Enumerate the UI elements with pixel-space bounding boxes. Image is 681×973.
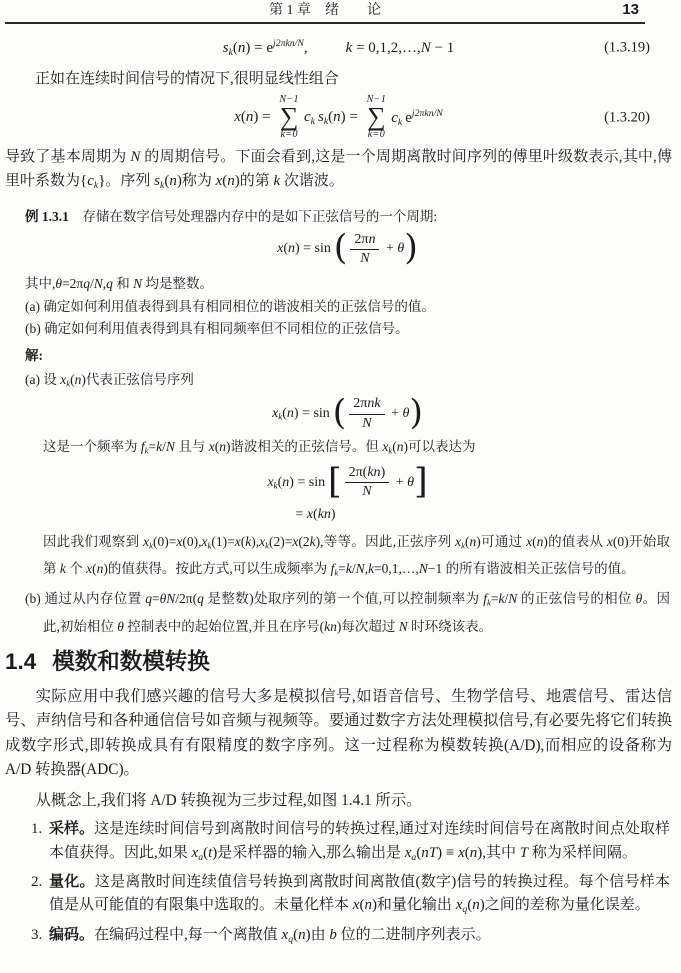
equation-lhs: x(n) =: [234, 109, 274, 126]
section-number: 1.4: [5, 649, 36, 675]
equation-condition: k = 0,1,2,…,N − 1: [346, 40, 455, 57]
list-number: 2.: [31, 871, 49, 922]
example-item-a: (a) 确定如何利用值表得到具有相同相位的谐波相关的正弦信号的值。: [25, 297, 670, 316]
chapter-title: 第 1 章 绪 论: [269, 3, 381, 18]
example-title-line: 例 1.3.1 存储在数字信号处理器内存中的是如下正弦信号的一个周期:: [25, 207, 670, 226]
ad-conversion-steps-list: 1. 采样。这是连续时间信号到离散时间信号的转换过程,通过对连续时间信号在离散时…: [5, 818, 672, 951]
fraction: 2πnk N: [349, 396, 384, 431]
equation-body: sk(n) = ej2πkn/N,: [223, 38, 308, 58]
paragraph-frequency: 这是一个频率为 fk=k/N 且与 x(n)谐波相关的正弦信号。但 xk(n)可…: [43, 437, 670, 461]
term-coding: 编码。: [49, 927, 94, 943]
solution-label: 解:: [25, 346, 670, 365]
equation-xk-sine: xk(n) = sin ( 2πnk N + θ ): [25, 394, 670, 434]
paragraph-linear-combination: 正如在连续时间信号的情况下,很明显线性组合: [5, 67, 672, 92]
summation-symbol: N−1 ∑ k=0: [367, 95, 387, 140]
page-number: 13: [622, 2, 639, 18]
equation-number: (1.3.19): [604, 40, 650, 57]
equation-mid: ck sk(n) =: [304, 109, 362, 127]
example-item-b: (b) 确定如何利用值表得到具有相同频率但不同相位的正弦信号。: [25, 319, 670, 338]
term-sampling: 采样。: [49, 821, 94, 837]
equation-1-3-19: sk(n) = ej2πkn/N, k = 0,1,2,…,N − 1 (1.3…: [5, 36, 672, 60]
section-title: 模数和数模转换: [52, 649, 210, 675]
example-intro: 存储在数字信号处理器内存中的是如下正弦信号的一个周期:: [82, 209, 437, 224]
term-quantization: 量化。: [49, 874, 95, 890]
list-item-coding: 3. 编码。在编码过程中,每一个离散值 xq(n)由 b 位的二进制序列表示。: [5, 924, 672, 951]
summation-symbol: N−1 ∑ k=0: [279, 95, 299, 140]
example-label: 例 1.3.1: [25, 209, 69, 224]
list-item-body: 量化。这是离散时间连续值信号转换到离散时间离散值(数字)信号的转换过程。每个信号…: [49, 871, 672, 922]
example-1-3-1: 例 1.3.1 存储在数字信号处理器内存中的是如下正弦信号的一个周期: x(n)…: [25, 207, 670, 638]
section-heading-1-4: 1.4 模数和数模转换: [5, 649, 672, 675]
list-item-body: 采样。这是连续时间信号到离散时间信号的转换过程,通过对连续时间信号在离散时间点处…: [49, 818, 672, 869]
equation-xk-bracket: xk(n) = sin [ 2π(kn) N + θ ]: [25, 461, 670, 505]
list-item-sampling: 1. 采样。这是连续时间信号到离散时间信号的转换过程,通过对连续时间信号在离散时…: [5, 818, 672, 869]
book-page: 第 1 章 绪 论 13 sk(n) = ej2πkn/N, k = 0,1,2…: [0, 0, 681, 973]
paragraph-analog-signals: 实际应用中我们感兴趣的信号大多是模拟信号,如语音信号、生物学信号、地震信号、雷达…: [5, 685, 672, 783]
list-number: 1.: [31, 818, 49, 869]
equation-example-sine: x(n) = sin ( 2πn N + θ ): [25, 229, 670, 269]
solution-part-a-intro: (a) 设 xk(n)代表正弦信号序列: [25, 370, 670, 394]
list-item-quantization: 2. 量化。这是离散时间连续值信号转换到离散时间离散值(数字)信号的转换过程。每…: [5, 871, 672, 922]
equation-rhs: ck ej2πkn/N: [391, 108, 443, 128]
page-header: 第 1 章 绪 论 13: [5, 0, 645, 24]
equation-1-3-20: x(n) = N−1 ∑ k=0 ck sk(n) = N−1 ∑ k=0 ck…: [5, 94, 672, 142]
example-where-line: 其中,θ=2πq/N,q 和 N 均是整数。: [25, 274, 670, 293]
list-item-body: 编码。在编码过程中,每一个离散值 xq(n)由 b 位的二进制序列表示。: [49, 924, 672, 951]
equation-number: (1.3.20): [604, 109, 650, 126]
equation-xkn: = x(kn): [25, 505, 670, 525]
fraction: 2π(kn) N: [345, 465, 390, 500]
solution-part-b: (b) 通过从内存位置 q=θN/2π(q 是整数)处取序列的第一个值,可以控制…: [25, 587, 670, 639]
paragraph-observation: 因此我们观察到 xk(0)=x(0),xk(1)=x(k),xk(2)=x(2k…: [43, 530, 670, 585]
fraction: 2πn N: [350, 232, 379, 267]
paragraph-ad-three-steps: 从概念上,我们将 A/D 转换视为三步过程,如图 1.4.1 所示。: [5, 789, 672, 814]
paragraph-fourier-series: 导致了基本周期为 N 的周期信号。下面会看到,这是一个周期离散时间序列的傅里叶级…: [5, 145, 672, 199]
list-number: 3.: [31, 924, 49, 951]
